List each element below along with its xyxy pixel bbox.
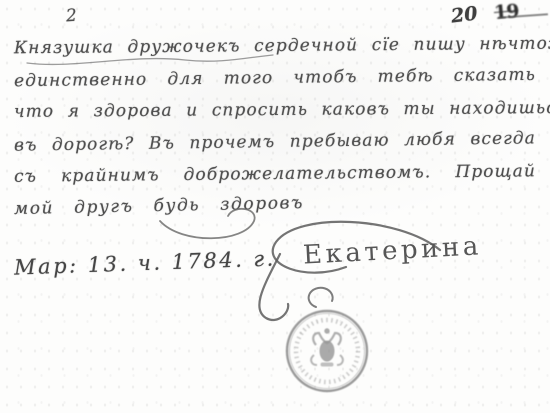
signature-flourish-icon xyxy=(228,212,528,327)
manuscript-page: 2 20 19 Князушка дружочекъ сердечной сïе… xyxy=(0,0,550,413)
page-number: 2 xyxy=(65,6,77,27)
letter-line-5: съ крайнимъ доброжелательствомъ. Прощай xyxy=(14,158,536,189)
underline-flourish-icon xyxy=(25,50,275,70)
folio-number: 20 xyxy=(450,2,479,27)
crossed-out-number: 19 xyxy=(493,0,519,24)
letter-line-4: въ дорогѣ? Въ прочемъ пребываю любя всег… xyxy=(14,125,536,158)
seal-stamp-icon xyxy=(281,305,373,397)
letter-line-3: что я здорова и спросить каковъ ты наход… xyxy=(14,95,536,125)
